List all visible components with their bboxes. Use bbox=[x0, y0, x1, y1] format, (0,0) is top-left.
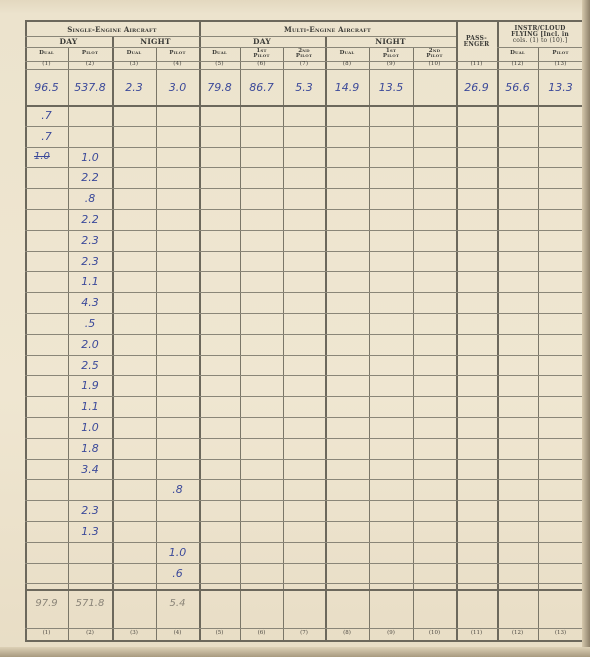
footer-column-number: (10) bbox=[413, 630, 456, 636]
header-instr-cloud: INSTR/CLOUD FLYING [Incl. in cols. (1) t… bbox=[497, 23, 583, 47]
struck-entry: 1.0 bbox=[34, 151, 50, 162]
column-number: (4) bbox=[156, 61, 199, 69]
footer-column-number: (13) bbox=[538, 630, 583, 636]
entry-dual-day bbox=[25, 313, 68, 334]
column-rule bbox=[538, 47, 539, 640]
entry-pilot-day: 1.1 bbox=[68, 271, 112, 292]
brought-forward-value: 26.9 bbox=[456, 72, 497, 102]
brought-forward-value: 537.8 bbox=[68, 72, 112, 102]
entry-dual-day bbox=[25, 209, 68, 230]
entry-pilot-day: 1.8 bbox=[68, 438, 112, 459]
column-header-13: Pilot bbox=[538, 47, 583, 61]
entry-pilot-night bbox=[156, 167, 199, 188]
footer-column-number: (7) bbox=[283, 630, 325, 636]
footer-column-number: (4) bbox=[156, 630, 199, 636]
header-se-night: NIGHT bbox=[112, 36, 199, 47]
column-header-4: Pilot bbox=[156, 47, 199, 61]
entry-pilot-day: 1.0 bbox=[68, 147, 112, 168]
column-rule bbox=[369, 47, 370, 640]
entry-pilot-night bbox=[156, 105, 199, 126]
brought-forward-value: 86.7 bbox=[240, 72, 283, 102]
column-header-label: Dual bbox=[39, 51, 54, 57]
entry-dual-day bbox=[25, 251, 68, 272]
header-instr-line3: cols. (1) to (10).] bbox=[513, 38, 568, 44]
column-number: (12) bbox=[497, 61, 538, 69]
brought-forward-value: 79.8 bbox=[199, 72, 240, 102]
column-number: (5) bbox=[199, 61, 240, 69]
column-number: (8) bbox=[325, 61, 369, 69]
entry-pilot-day: 1.3 bbox=[68, 521, 112, 542]
entry-pilot-day: 2.2 bbox=[68, 209, 112, 230]
column-rule bbox=[497, 20, 499, 640]
column-number: (6) bbox=[240, 61, 283, 69]
entry-dual-day bbox=[25, 542, 68, 563]
column-header-label: Pilot bbox=[426, 54, 442, 60]
entry-pilot-night bbox=[156, 209, 199, 230]
column-header-label: Dual bbox=[212, 51, 227, 57]
footer-column-number: (2) bbox=[68, 630, 112, 636]
entry-dual-day bbox=[25, 500, 68, 521]
entry-dual-day bbox=[25, 334, 68, 355]
column-rule bbox=[199, 20, 201, 640]
column-header-6: 1stPilot bbox=[240, 47, 283, 61]
brought-forward-value: 96.5 bbox=[25, 72, 68, 102]
column-header-8: Dual bbox=[325, 47, 369, 61]
column-header-label: Dual bbox=[340, 51, 355, 57]
footer-column-number: (6) bbox=[240, 630, 283, 636]
column-header-label: Pilot bbox=[383, 54, 399, 60]
entry-dual-day: .7 bbox=[25, 105, 68, 126]
column-header-label: Pilot bbox=[169, 51, 185, 57]
column-number: (10) bbox=[413, 61, 456, 69]
entry-pilot-night: .6 bbox=[156, 563, 199, 584]
entry-pilot-day: 2.5 bbox=[68, 355, 112, 376]
brought-forward-value: 13.5 bbox=[369, 72, 413, 102]
entry-pilot-night bbox=[156, 355, 199, 376]
entry-pilot-day: 2.3 bbox=[68, 500, 112, 521]
entry-dual-day bbox=[25, 479, 68, 500]
page-bottom-edge bbox=[0, 647, 590, 657]
column-header-label: Pilot bbox=[253, 54, 269, 60]
entry-pilot-night bbox=[156, 438, 199, 459]
footer-column-number: (12) bbox=[497, 630, 538, 636]
entry-pilot-night bbox=[156, 147, 199, 168]
total-pilot-night: 5.4 bbox=[156, 591, 199, 615]
entry-pilot-day bbox=[68, 542, 112, 563]
column-header-1: Dual bbox=[25, 47, 68, 61]
entry-pilot-day bbox=[68, 105, 112, 126]
column-header-5: Dual bbox=[199, 47, 240, 61]
entry-pilot-night bbox=[156, 271, 199, 292]
column-header-label: Pilot bbox=[82, 51, 98, 57]
total-dual-day: 97.9 bbox=[25, 591, 68, 615]
brought-forward-value: 14.9 bbox=[325, 72, 369, 102]
footer-rule bbox=[25, 628, 583, 629]
entry-pilot-day: 2.3 bbox=[68, 251, 112, 272]
header-single-engine: Single-Engine Aircraft bbox=[25, 23, 199, 36]
entry-pilot-night bbox=[156, 230, 199, 251]
column-number: (1) bbox=[25, 61, 68, 69]
entry-dual-day bbox=[25, 417, 68, 438]
header-se-day: DAY bbox=[25, 36, 112, 47]
entry-pilot-day: 2.3 bbox=[68, 230, 112, 251]
footer-column-number: (1) bbox=[25, 630, 68, 636]
bottom-rule bbox=[25, 640, 583, 642]
column-rule bbox=[240, 47, 241, 640]
entry-pilot-day: 1.0 bbox=[68, 417, 112, 438]
entry-pilot-day: 1.9 bbox=[68, 375, 112, 396]
column-rule bbox=[456, 20, 458, 640]
entry-pilot-day bbox=[68, 563, 112, 584]
column-header-3: Dual bbox=[112, 47, 156, 61]
entry-dual-day bbox=[25, 459, 68, 480]
entry-pilot-night bbox=[156, 292, 199, 313]
entry-pilot-night bbox=[156, 375, 199, 396]
footer-column-number: (5) bbox=[199, 630, 240, 636]
entry-pilot-night bbox=[156, 251, 199, 272]
header-me-night: NIGHT bbox=[325, 36, 456, 47]
entry-pilot-night bbox=[156, 313, 199, 334]
column-header-12: Dual bbox=[497, 47, 538, 61]
total-pilot-day: 571.8 bbox=[68, 591, 112, 615]
entry-dual-day bbox=[25, 563, 68, 584]
column-header-9: 1stPilot bbox=[369, 47, 413, 61]
brought-forward-value: 13.3 bbox=[538, 72, 583, 102]
entry-dual-day bbox=[25, 396, 68, 417]
entry-pilot-day bbox=[68, 126, 112, 147]
brought-forward-value: 5.3 bbox=[283, 72, 325, 102]
entry-pilot-night bbox=[156, 188, 199, 209]
brought-forward-value: 2.3 bbox=[112, 72, 156, 102]
brought-forward-value bbox=[413, 72, 456, 102]
entry-pilot-night: 1.0 bbox=[156, 542, 199, 563]
column-number-rule bbox=[25, 69, 583, 70]
header-passenger: PASS-ENGER bbox=[456, 30, 497, 54]
entry-pilot-night bbox=[156, 417, 199, 438]
entry-dual-day bbox=[25, 438, 68, 459]
column-header-10: 2ndPilot bbox=[413, 47, 456, 61]
logbook-page: Single-Engine Aircraft Multi-Engine Airc… bbox=[0, 0, 590, 657]
column-number: (9) bbox=[369, 61, 413, 69]
entry-pilot-day: 1.1 bbox=[68, 396, 112, 417]
entry-dual-day bbox=[25, 167, 68, 188]
entry-pilot-night bbox=[156, 396, 199, 417]
header-me-day: DAY bbox=[199, 36, 325, 47]
entry-pilot-day: 2.2 bbox=[68, 167, 112, 188]
brought-forward-value: 3.0 bbox=[156, 72, 199, 102]
footer-column-number: (8) bbox=[325, 630, 369, 636]
column-rule bbox=[413, 47, 414, 640]
column-header-label: Dual bbox=[510, 51, 525, 57]
column-number: (7) bbox=[283, 61, 325, 69]
column-header-label: Pilot bbox=[552, 51, 568, 57]
entry-dual-day bbox=[25, 292, 68, 313]
column-header-7: 2ndPilot bbox=[283, 47, 325, 61]
brought-forward-value: 56.6 bbox=[497, 72, 538, 102]
header-multi-engine: Multi-Engine Aircraft bbox=[199, 23, 456, 36]
entry-pilot-day: 2.0 bbox=[68, 334, 112, 355]
footer-column-number: (3) bbox=[112, 630, 156, 636]
entry-dual-day bbox=[25, 355, 68, 376]
entry-pilot-night: .8 bbox=[156, 479, 199, 500]
column-header-label: Pilot bbox=[296, 54, 312, 60]
entry-dual-day bbox=[25, 271, 68, 292]
entry-pilot-night bbox=[156, 500, 199, 521]
entry-pilot-night bbox=[156, 459, 199, 480]
column-number: (3) bbox=[112, 61, 156, 69]
entry-dual-day bbox=[25, 521, 68, 542]
entry-pilot-night bbox=[156, 126, 199, 147]
entry-pilot-day: .5 bbox=[68, 313, 112, 334]
column-header-label: Dual bbox=[127, 51, 142, 57]
footer-column-number: (9) bbox=[369, 630, 413, 636]
column-number: (13) bbox=[538, 61, 583, 69]
entry-dual-day bbox=[25, 230, 68, 251]
column-number: (2) bbox=[68, 61, 112, 69]
entry-pilot-day: .8 bbox=[68, 188, 112, 209]
entry-dual-day bbox=[25, 375, 68, 396]
entry-pilot-day: 4.3 bbox=[68, 292, 112, 313]
footer-column-number: (11) bbox=[456, 630, 497, 636]
page-edge bbox=[582, 0, 590, 657]
entry-pilot-night bbox=[156, 521, 199, 542]
header-passenger-label: PASS-ENGER bbox=[462, 36, 492, 49]
entry-dual-day bbox=[25, 188, 68, 209]
entry-pilot-night bbox=[156, 334, 199, 355]
entry-dual-day: .7 bbox=[25, 126, 68, 147]
column-rule bbox=[283, 47, 284, 640]
entry-pilot-day bbox=[68, 479, 112, 500]
column-number: (11) bbox=[456, 61, 497, 69]
entry-pilot-day: 3.4 bbox=[68, 459, 112, 480]
top-rule bbox=[25, 20, 583, 22]
column-header-2: Pilot bbox=[68, 47, 112, 61]
